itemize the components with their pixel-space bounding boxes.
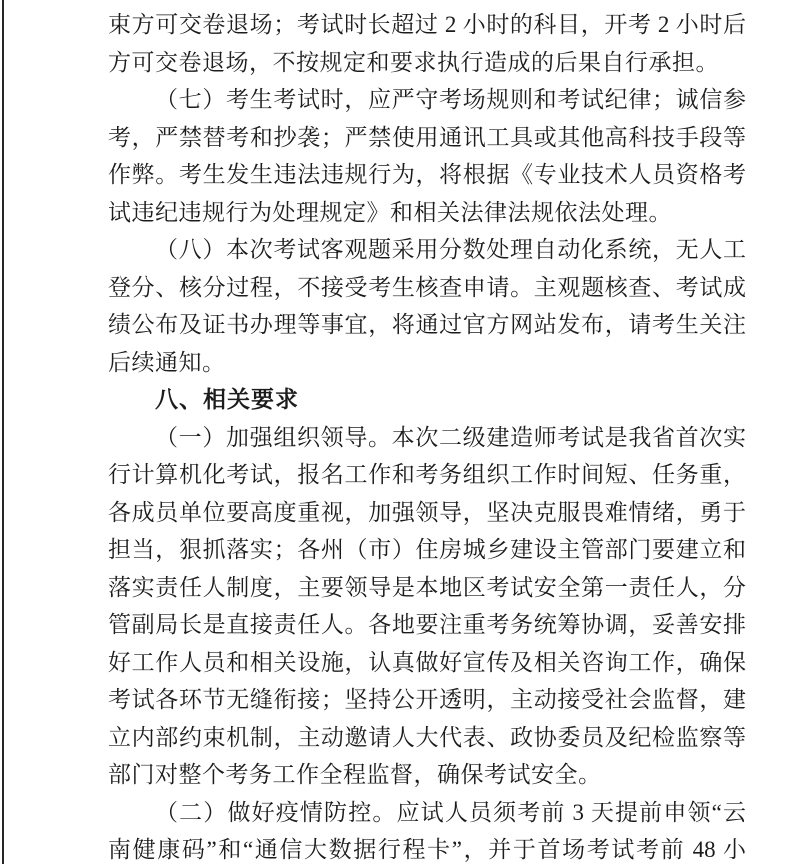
text-line: （一）加强组织领导。本次二级建造师考试是我省首次实 <box>108 419 746 457</box>
text-line: 方可交卷退场，不按规定和要求执行造成的后果自行承担。 <box>108 44 746 82</box>
text-line: 绩公布及证书办理等事宜，将通过官方网站发布，请考生关注 <box>108 306 746 344</box>
text-line: 登分、核分过程，不接受考生核查申请。主观题核查、考试成 <box>108 269 746 307</box>
text-line: 南健康码”和“通信大数据行程卡”，并于首场考试考前 48 小 <box>108 831 746 864</box>
text-line: 作弊。考生发生违法违规行为，将根据《专业技术人员资格考 <box>108 156 746 194</box>
text-line: （二）做好疫情防控。应试人员须考前 3 天提前申领“云 <box>108 794 746 832</box>
text-line: 考，严禁替考和抄袭；严禁使用通讯工具或其他高科技手段等 <box>108 119 746 157</box>
text-line: 落实责任人制度，主要领导是本地区考试安全第一责任人，分 <box>108 569 746 607</box>
text-line: （七）考生考试时，应严守考场规则和考试纪律；诚信参 <box>108 81 746 119</box>
text-line: 各成员单位要高度重视，加强领导，坚决克服畏难情绪，勇于 <box>108 494 746 532</box>
text-line: 束方可交卷退场；考试时长超过 2 小时的科目，开考 2 小时后 <box>108 6 746 44</box>
text-line: 部门对整个考务工作全程监督，确保考试安全。 <box>108 756 746 794</box>
text-line: 行计算机化考试，报名工作和考务组织工作时间短、任务重， <box>108 456 746 494</box>
text-line: 立内部约束机制，主动邀请人大代表、政协委员及纪检监察等 <box>108 719 746 757</box>
text-line: 好工作人员和相关设施，认真做好宣传及相关咨询工作，确保 <box>108 644 746 682</box>
text-line: 管副局长是直接责任人。各地要注重考务统筹协调，妥善安排 <box>108 606 746 644</box>
text-line: 后续通知。 <box>108 344 746 382</box>
text-line: 考试各环节无缝衔接；坚持公开透明，主动接受社会监督，建 <box>108 681 746 719</box>
page-left-edge-line <box>2 0 4 864</box>
text-line: 试违纪违规行为处理规定》和相关法律法规依法处理。 <box>108 194 746 232</box>
text-line: 担当，狠抓落实；各州（市）住房城乡建设主管部门要建立和 <box>108 531 746 569</box>
section-heading: 八、相关要求 <box>108 381 746 419</box>
document-body-text: 束方可交卷退场；考试时长超过 2 小时的科目，开考 2 小时后方可交卷退场，不按… <box>108 6 746 864</box>
text-line: （八）本次考试客观题采用分数处理自动化系统，无人工 <box>108 231 746 269</box>
document-page: 束方可交卷退场；考试时长超过 2 小时的科目，开考 2 小时后方可交卷退场，不按… <box>0 0 794 864</box>
